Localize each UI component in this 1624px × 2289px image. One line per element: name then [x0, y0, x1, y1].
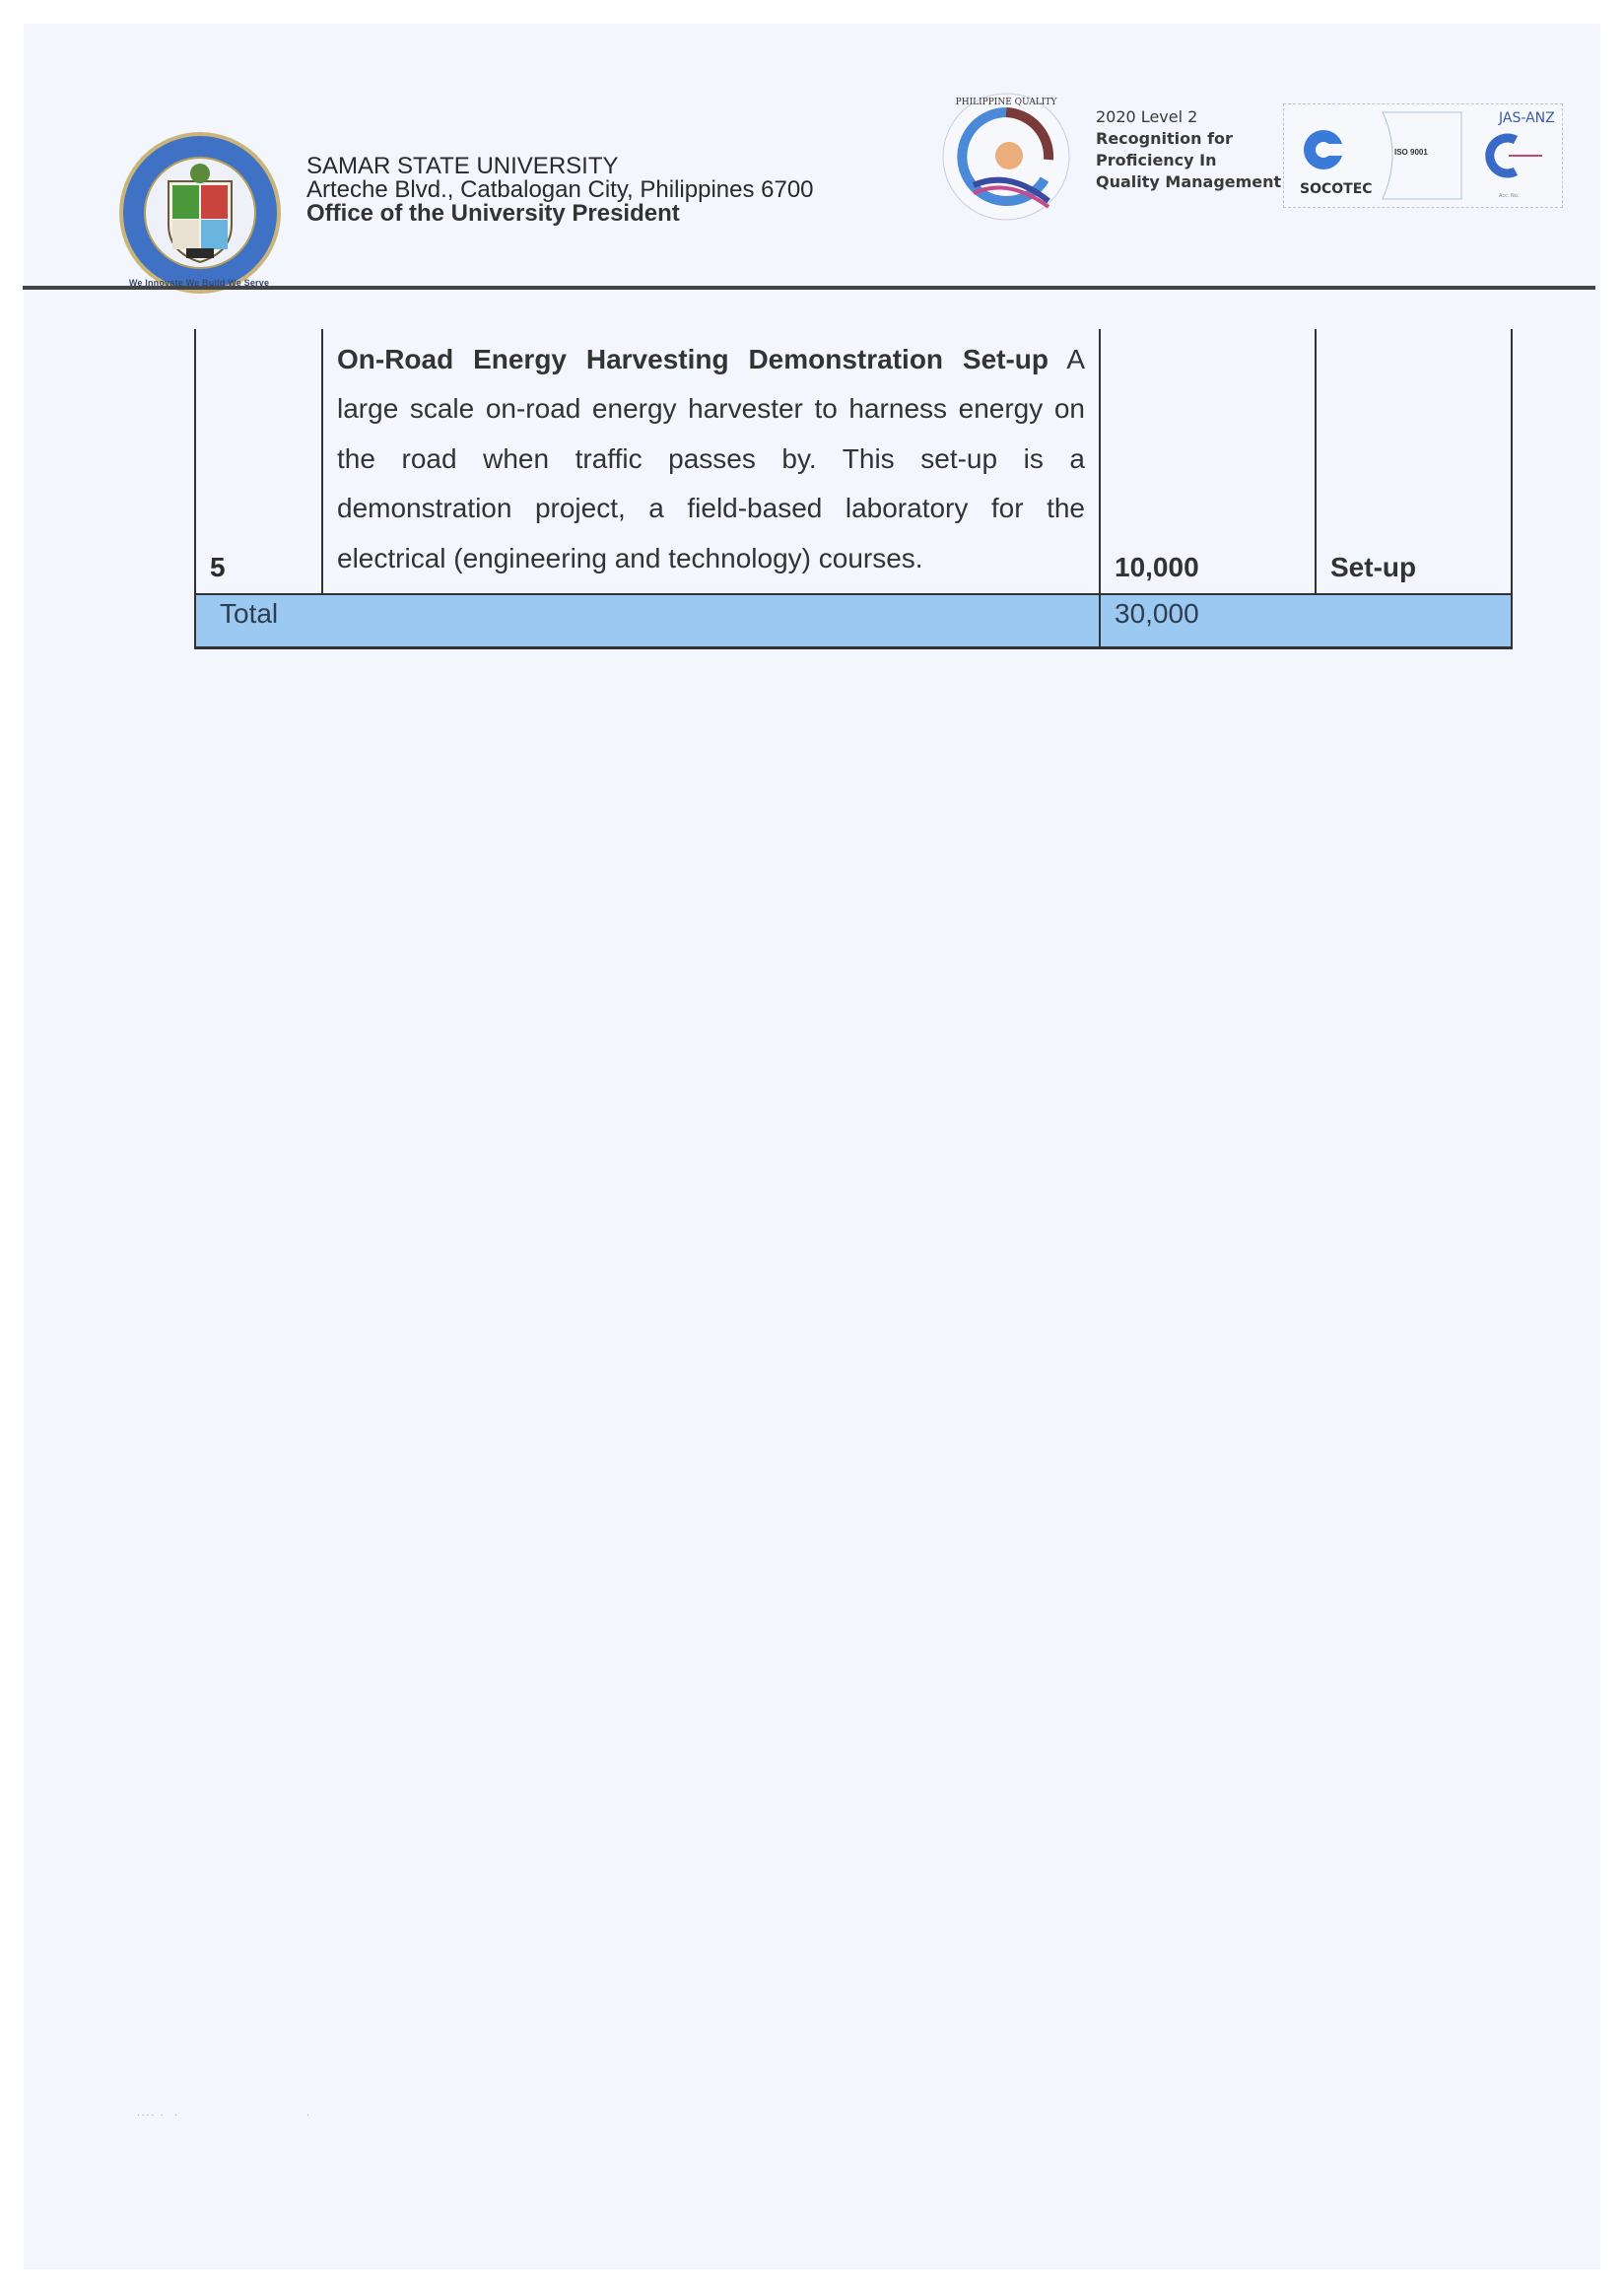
quality-award-seal-icon: PHILIPPINE QUALITY — [940, 91, 1072, 223]
item-number: 5 — [195, 329, 322, 594]
award-line-3: Proficiency In — [1096, 150, 1281, 171]
accreditation-name: JAS-ANZ — [1499, 110, 1555, 126]
award-line-2: Recognition for — [1096, 128, 1281, 150]
university-seal-icon — [117, 130, 283, 296]
university-address: Arteche Blvd., Catbalogan City, Philippi… — [306, 178, 814, 202]
award-recognition-text: 2020 Level 2 Recognition for Proficiency… — [1096, 106, 1281, 193]
svg-text:PHILIPPINE QUALITY: PHILIPPINE QUALITY — [956, 98, 1058, 107]
certifier-name: SOCOTEC — [1300, 181, 1373, 197]
budget-table: 5 On-Road Energy Harvesting Demonstratio… — [194, 329, 1513, 649]
letterhead-divider — [23, 286, 1595, 290]
total-amount: 30,000 — [1100, 594, 1512, 648]
office-name: Office of the University President — [306, 202, 814, 226]
iso-standard: ISO 9001 — [1394, 148, 1428, 157]
item-title: On-Road Energy Harvesting Demonstration … — [337, 344, 1049, 374]
table-row: 5 On-Road Energy Harvesting Demonstratio… — [195, 329, 1512, 594]
item-description: On-Road Energy Harvesting Demonstration … — [322, 329, 1100, 594]
award-line-1: 2020 Level 2 — [1096, 106, 1281, 128]
letterhead-text: SAMAR STATE UNIVERSITY Arteche Blvd., Ca… — [306, 155, 814, 226]
svg-text:Acc. No.: Acc. No. — [1499, 193, 1520, 199]
total-row: Total 30,000 — [195, 594, 1512, 648]
scan-artifact: .... . . . — [137, 2108, 311, 2119]
award-line-4: Quality Management — [1096, 171, 1281, 193]
item-details: A large scale on-road energy harvester t… — [337, 344, 1085, 573]
item-remarks: Set-up — [1316, 329, 1512, 594]
total-label: Total — [195, 594, 1100, 648]
item-amount: 10,000 — [1100, 329, 1316, 594]
university-name: SAMAR STATE UNIVERSITY — [306, 155, 814, 178]
iso-certification-badge: Acc. No. SOCOTEC ISO 9001 JAS-ANZ — [1283, 103, 1563, 208]
